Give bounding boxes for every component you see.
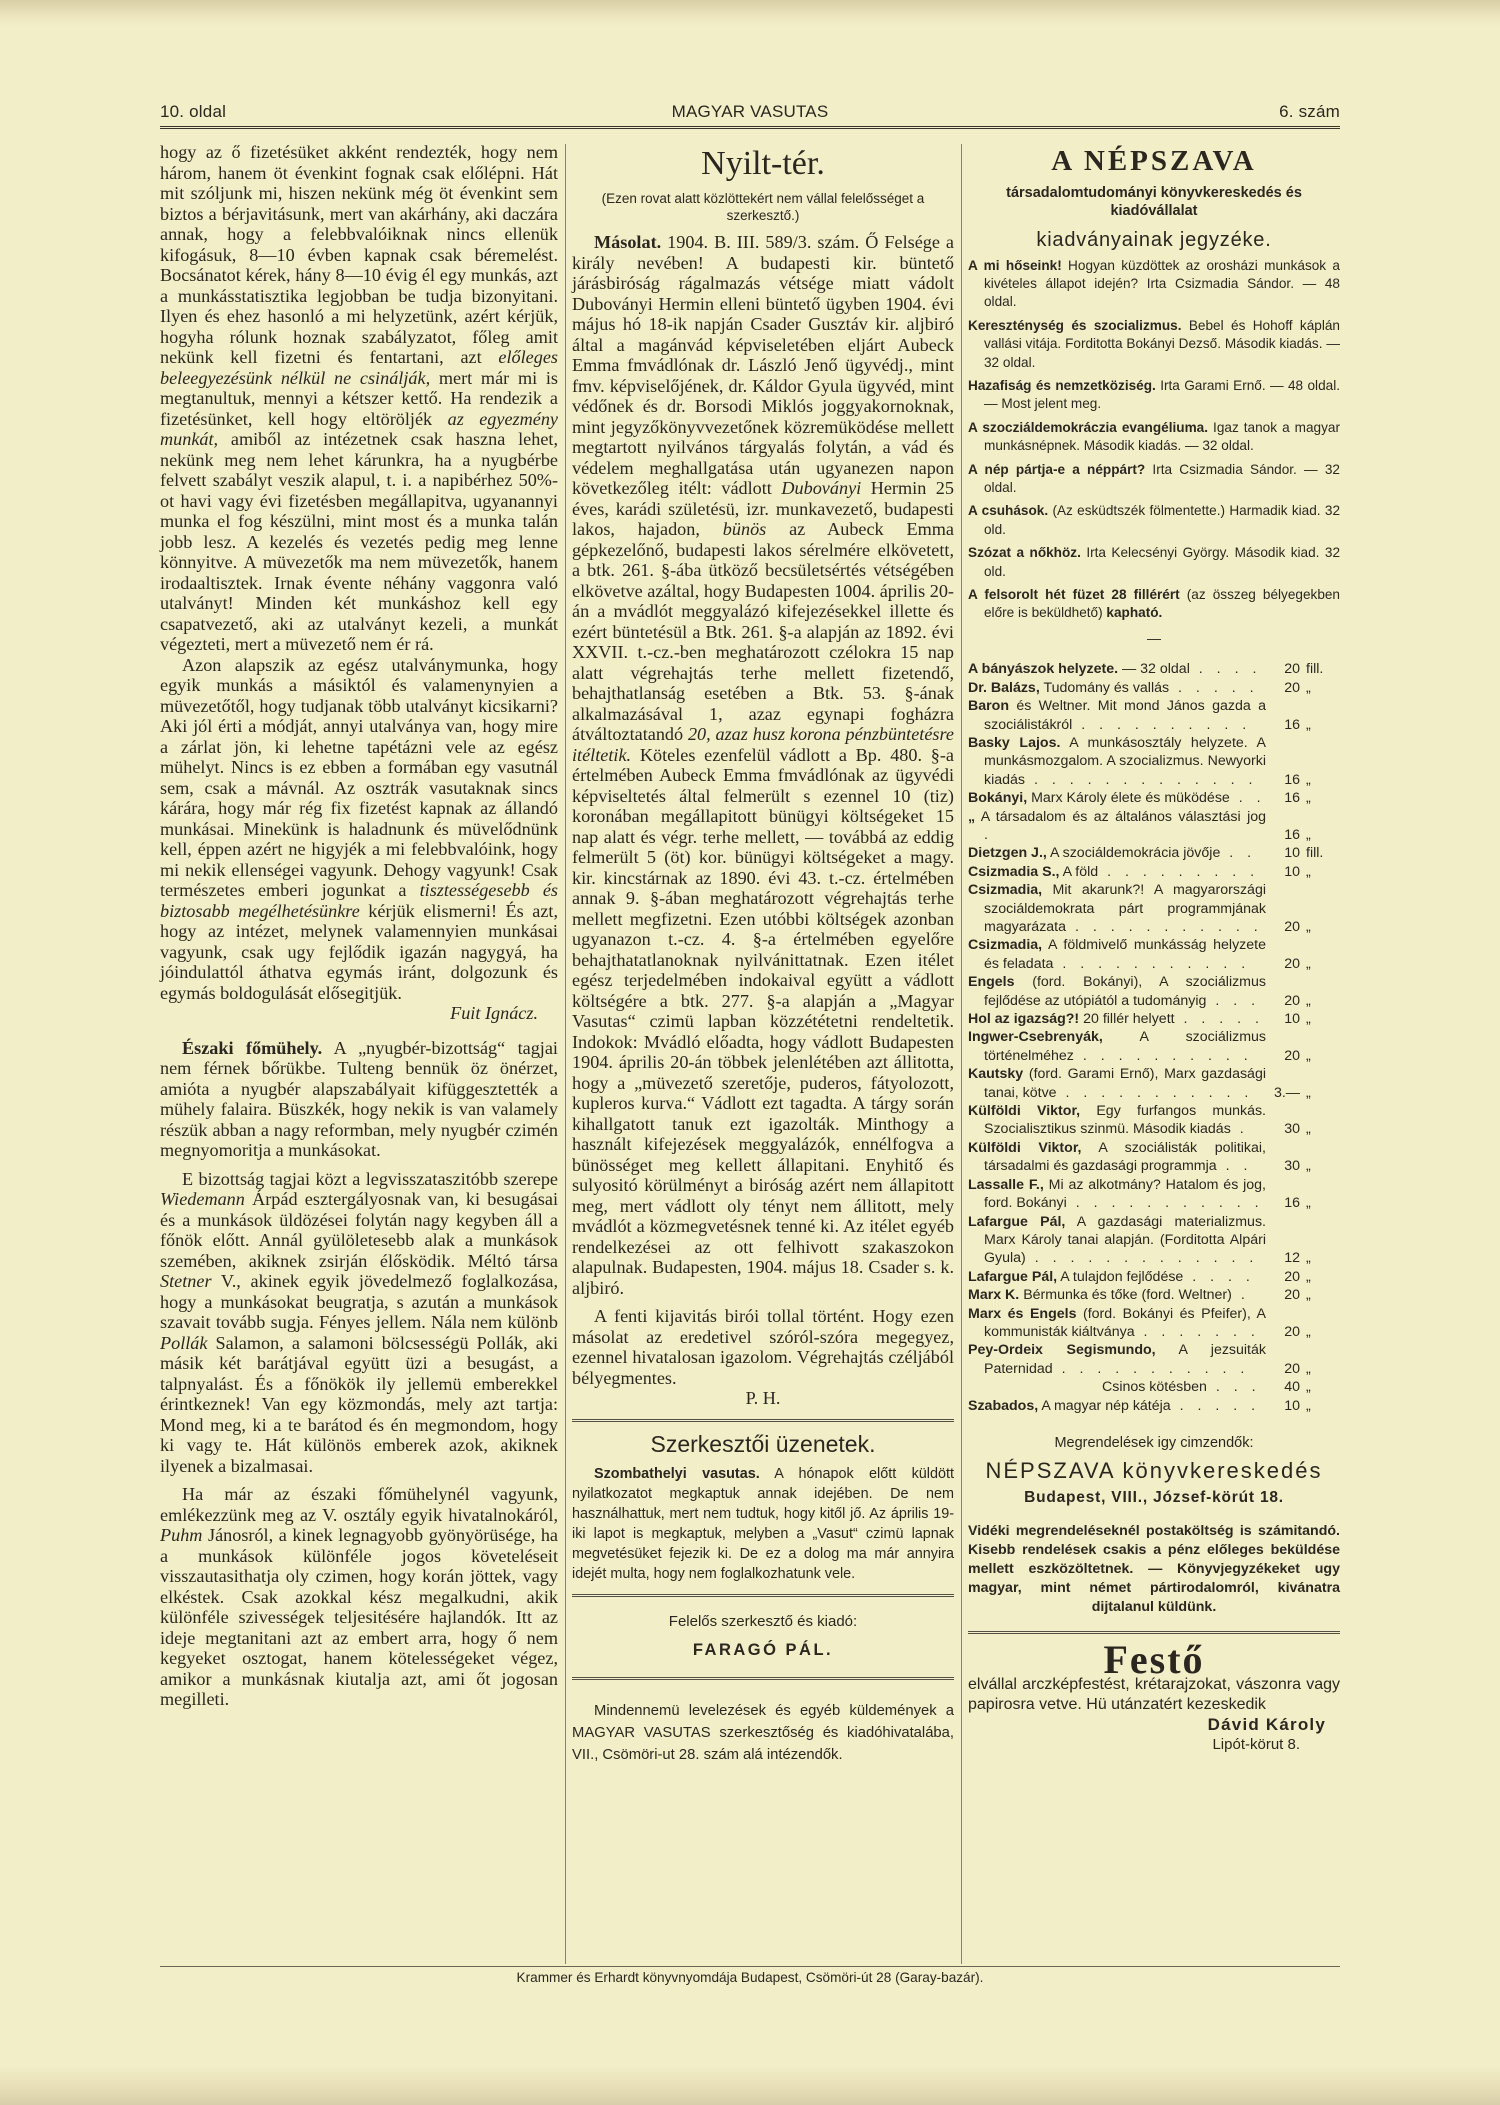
price-unit: „ [1300, 1323, 1340, 1341]
column-nepszava-ad: A NÉPSZAVA társadalomtudományi könyvkere… [968, 142, 1340, 1756]
section-title-editorial: Szerkesztői üzenetek. [572, 1434, 954, 1455]
price-list-row: Basky Lajos. A munkásosztály helyzete. A… [968, 734, 1340, 789]
section-rule [572, 1419, 954, 1422]
price-unit: „ [1300, 1194, 1340, 1212]
orders-lead: Megrendelések igy cimzendők: [968, 1433, 1340, 1454]
price-value: 3.— [1266, 1084, 1300, 1102]
price-unit: „ [1300, 789, 1340, 807]
price-list-row: Csizmadia S., A föld . . . . . . . . .10… [968, 863, 1340, 881]
price-list-row: Marx és Engels (ford. Bokányi és Pfeifer… [968, 1305, 1340, 1342]
price-list-row: Lassalle F., Mi az alkotmány? Hatalom és… [968, 1176, 1340, 1213]
price-value: 16 [1266, 771, 1300, 789]
price-list-row: Kautsky (ford. Garami Ernő), Marx gazdas… [968, 1065, 1340, 1102]
price-unit: „ [1300, 992, 1340, 1010]
price-unit: „ [1300, 1378, 1340, 1396]
price-unit: „ [1300, 679, 1340, 697]
certification-paragraph: A fenti kijavitás birói tollal történt. … [572, 1306, 954, 1388]
price-value: 12 [1266, 1249, 1300, 1267]
price-value: 10 [1266, 844, 1300, 862]
price-value: 40 [1266, 1378, 1300, 1396]
price-unit: „ [1300, 771, 1340, 789]
festo-address: Lipót-körut 8. [968, 1735, 1340, 1756]
price-unit: „ [1300, 1397, 1340, 1415]
orders-address: Budapest, VIII., József-körút 18. [968, 1488, 1340, 1509]
paper-edge-top [0, 0, 1500, 28]
price-unit: „ [1300, 1286, 1340, 1304]
price-list-row: Dietzgen J., A szociáldemokrácia jövője … [968, 844, 1340, 862]
publication-title: MAGYAR VASUTAS [160, 102, 1340, 122]
price-list-row: Hol az igazság?! 20 fillér helyett . . .… [968, 1010, 1340, 1028]
festo-body: elvállal arczképfestést, krétarajzokat, … [968, 1675, 1340, 1715]
running-header: 10. oldal MAGYAR VASUTAS 6. szám [160, 96, 1340, 124]
price-list-row: Csinos kötésben . . .40„ [968, 1378, 1340, 1396]
price-list-row: Külföldi Viktor, Egy furfangos munkás. S… [968, 1102, 1340, 1139]
catalog-entry: A nép pártja-e a néppárt? Irta Csizmadia… [968, 461, 1340, 498]
ad-subtitle: társadalomtudományi könyvkereskedés és k… [968, 184, 1340, 220]
article-paragraph: E bizottság tagjai közt a legvisszataszi… [160, 1169, 558, 1477]
catalog-list: A mi hőseink! Hogyan küzdöttek az oroshá… [968, 257, 1340, 582]
article-paragraph: Ha már az északi főmühelynél vagyunk, em… [160, 1484, 558, 1710]
section-title-nyilt-ter: Nyilt-tér. [572, 142, 954, 186]
orders-note: Vidéki megrendeléseknél postaköltség is … [968, 1522, 1340, 1617]
price-value: 20 [1266, 660, 1300, 678]
paper-edge-bottom [0, 2065, 1500, 2105]
price-value: 10 [1266, 1397, 1300, 1415]
price-unit: „ [1300, 918, 1340, 936]
festo-signature: Dávid Károly [968, 1715, 1340, 1736]
column-nyilt-ter: Nyilt-tér. (Ezen rovat alatt közlöttekér… [572, 142, 954, 1766]
price-list-row: Engels (ford. Bokányi), A szociálizmus f… [968, 973, 1340, 1010]
price-list-row: Baron és Weltner. Mit mond János gazda a… [968, 697, 1340, 734]
article-paragraph-eszaki: Északi főmühely. A „nyugbér-bizottság“ t… [160, 1038, 558, 1161]
footer-rule [160, 1966, 1340, 1967]
price-list-row: Pey-Ordeix Segismundo, A jezsuiták Pater… [968, 1341, 1340, 1378]
price-list-row: Dr. Balázs, Tudomány és vallás . . . . .… [968, 679, 1340, 697]
catalog-entry: Hazafiság és nemzetköziség. Irta Garami … [968, 377, 1340, 414]
catalog-title: kiadványainak jegyzéke. [968, 230, 1340, 251]
issue-number: 6. szám [1279, 102, 1340, 122]
price-list-row: Külföldi Viktor, A szociálisták politika… [968, 1139, 1340, 1176]
price-value: 20 [1266, 1047, 1300, 1065]
separator-dash: — [968, 628, 1340, 649]
price-unit: „ [1300, 1010, 1340, 1028]
printer-imprint: Krammer és Erhardt könyvnyomdája Budapes… [160, 1970, 1340, 1985]
catalog-entry: A szocziáldemokráczia evangéliuma. Igaz … [968, 419, 1340, 456]
price-unit: „ [1300, 716, 1340, 734]
column-article: hogy az ő fizetésüket akként rendezték, … [160, 142, 558, 1710]
price-unit: „ [1300, 1084, 1340, 1102]
correspondence-note: Mindennemü levelezések és egyéb küldemén… [572, 1700, 954, 1766]
section-rule [968, 1631, 1340, 1634]
price-value: 30 [1266, 1157, 1300, 1175]
price-list-row: A bányászok helyzete. — 32 oldal . . . .… [968, 660, 1340, 678]
price-unit: „ [1300, 1120, 1340, 1138]
orders-shop-name: NÉPSZAVA könyvkereskedés [968, 1461, 1340, 1482]
price-list-row: „ A társadalom és az általános választás… [968, 808, 1340, 845]
section-rule [572, 1594, 954, 1597]
price-unit: „ [1300, 955, 1340, 973]
price-list: A bányászok helyzete. — 32 oldal . . . .… [968, 660, 1340, 1415]
section-heading: Északi főmühely. [182, 1038, 322, 1058]
catalog-entry: Szózat a nőkhöz. Irta Kelecsényi György.… [968, 544, 1340, 581]
price-unit: „ [1300, 1047, 1340, 1065]
price-value: 16 [1266, 1194, 1300, 1212]
stamp-mark: P. H. [572, 1388, 954, 1409]
price-list-row: Marx K. Bérmunka és tőke (ford. Weltner)… [968, 1286, 1340, 1304]
editorial-message: Szombathelyi vasutas. A hónapok előtt kü… [572, 1464, 954, 1584]
price-list-row: Szabados, A magyar nép kátéja . . . . .1… [968, 1397, 1340, 1415]
column-divider [565, 144, 566, 1964]
price-unit: „ [1300, 1268, 1340, 1286]
price-list-row: Csizmadia, Mit akarunk?! A magyarországi… [968, 881, 1340, 936]
price-unit: „ [1300, 1157, 1340, 1175]
price-value: 16 [1266, 789, 1300, 807]
price-value: 10 [1266, 863, 1300, 881]
catalog-entry: A mi hőseink! Hogyan küzdöttek az oroshá… [968, 257, 1340, 312]
price-value: 20 [1266, 918, 1300, 936]
catalog-entry: Kereszténység és szocializmus. Bebel és … [968, 317, 1340, 372]
price-list-row: Bokányi, Marx Károly élete és müködése .… [968, 789, 1340, 807]
price-value: 20 [1266, 1286, 1300, 1304]
price-value: 16 [1266, 826, 1300, 844]
price-unit: fill. [1300, 844, 1340, 862]
ad-title-nepszava: A NÉPSZAVA [968, 144, 1340, 178]
price-unit: „ [1300, 863, 1340, 881]
price-list-row: Csizmadia, A földmivelő munkásság helyze… [968, 936, 1340, 973]
price-value: 20 [1266, 1268, 1300, 1286]
price-value: 20 [1266, 1360, 1300, 1378]
catalog-entry: A csuhások. (Az esküdtszék fölmentette.)… [968, 502, 1340, 539]
article-paragraph: hogy az ő fizetésüket akként rendezték, … [160, 142, 558, 655]
festo-name: Dávid Károly [1208, 1715, 1340, 1736]
price-value: 20 [1266, 1323, 1300, 1341]
price-value: 20 [1266, 679, 1300, 697]
price-value: 30 [1266, 1120, 1300, 1138]
article-signature: Fuit Ignácz. [160, 1003, 558, 1024]
price-unit: „ [1300, 1249, 1340, 1267]
editor-name: FARAGÓ PÁL. [572, 1640, 954, 1661]
price-list-row: Lafargue Pál, A tulajdon fejlődése . . .… [968, 1268, 1340, 1286]
column-divider [961, 144, 962, 1964]
price-value: 20 [1266, 955, 1300, 973]
header-rule [160, 126, 1340, 129]
price-unit: „ [1300, 1360, 1340, 1378]
price-list-row: Lafargue Pál, A gazdasági materializmus.… [968, 1213, 1340, 1268]
section-rule [572, 1677, 954, 1680]
court-copy-paragraph: Másolat. 1904. B. III. 589/3. szám. Ő Fe… [572, 232, 954, 1298]
price-list-row: Ingwer-Csebrenyák, A szociálizmus történ… [968, 1028, 1340, 1065]
ad-title-festo: Festő [968, 1650, 1340, 1671]
price-value: 16 [1266, 716, 1300, 734]
offer-line: A felsorolt hét füzet 28 fillérért (az ö… [968, 586, 1340, 623]
editor-label: Felelős szerkesztő és kiadó: [572, 1613, 954, 1630]
price-value: 10 [1266, 1010, 1300, 1028]
disclaimer: (Ezen rovat alatt közlöttekért nem válla… [572, 190, 954, 224]
price-unit: „ [1300, 826, 1340, 844]
price-value: 20 [1266, 992, 1300, 1010]
price-unit: fill. [1300, 660, 1340, 678]
article-paragraph: Azon alapszik az egész utalványmunka, ho… [160, 655, 558, 1004]
